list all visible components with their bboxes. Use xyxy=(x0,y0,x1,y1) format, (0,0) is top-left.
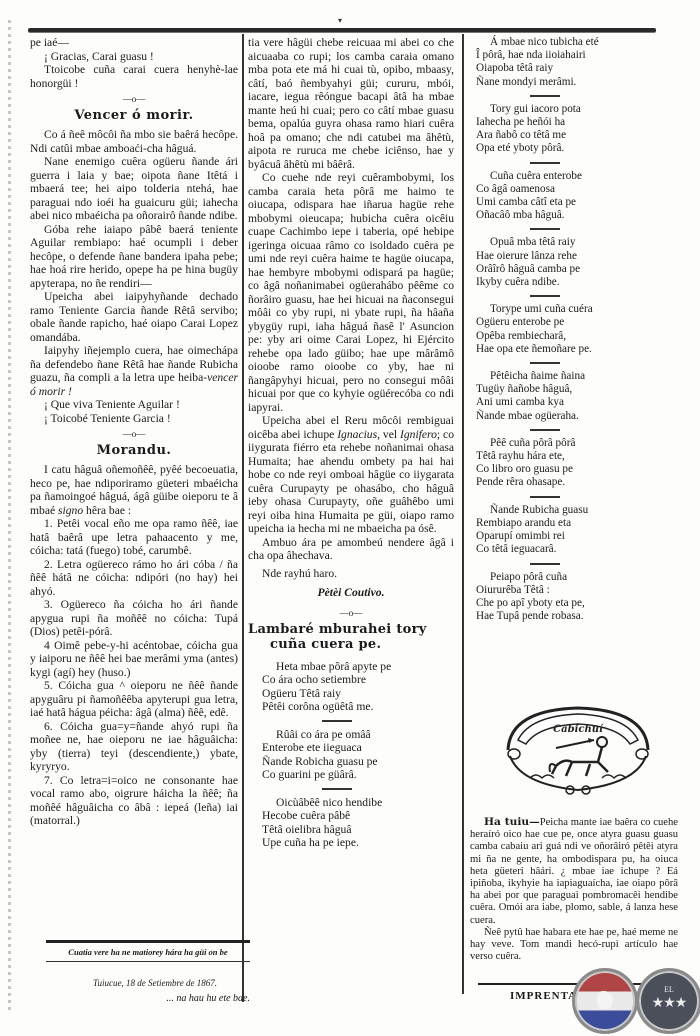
verse-line: Oicùâbêê nico hendibe xyxy=(262,796,454,810)
verse-line: Tory gui iacoro pota xyxy=(476,103,670,116)
poem-stanza: Pêê cuña pôrâ pôrâ Têtâ rayhu hára ete, … xyxy=(476,437,670,490)
separator: —o— xyxy=(248,606,454,620)
verse-line: Á mbae nico tubicha eté xyxy=(476,36,670,49)
paragraph: I catu hâguâ oñemoñêê, pyêé becoeuatia, … xyxy=(30,463,238,517)
binding-edge xyxy=(8,20,11,1010)
paragraph: Co cuehe nde reyi cuêrambobymi, los camb… xyxy=(248,171,454,414)
verse-line: Co libro oro guasu pe xyxy=(476,463,670,476)
paragraph: Co á ñeê môcôi ña mbo sie baêrá hecôpe. … xyxy=(30,128,238,155)
italic-word: Ignifero xyxy=(400,428,437,441)
verse-line: Iahecha pe heñói ha xyxy=(476,116,670,129)
signature: Pètèi Coutivo. xyxy=(248,586,454,600)
seal-label: EL xyxy=(639,985,699,994)
opening-line: pe iaé— xyxy=(30,36,238,50)
verse-line: Enterobe ete iieguaca xyxy=(262,741,454,755)
verse-line: Cuña cuêra enterobe xyxy=(476,170,670,183)
stanza-separator xyxy=(530,228,560,230)
flag-seal-icon xyxy=(572,968,638,1034)
poem-stanza: Á mbae nico tubicha eté Î pôrâ, hae nda … xyxy=(476,36,670,89)
verse-line: Ñande Rubicha guasu xyxy=(476,504,670,517)
italic-word: signo xyxy=(58,504,83,517)
verse-line: Ani umi camba kya xyxy=(476,396,670,409)
map-icon xyxy=(597,991,613,1009)
verse-line: Têtâ oielibra hâguâ xyxy=(262,823,454,837)
poem-title-line: Lambaré mburahei tory xyxy=(248,622,454,637)
verse-line: Ñande Robicha guasu pe xyxy=(262,755,454,769)
section-title-morandu: Morandu. xyxy=(30,443,238,459)
column-1: pe iaé— ¡ Gracias, Carai guasu ! Ttoicob… xyxy=(30,36,238,828)
opening-line: ¡ Gracias, Carai guasu ! xyxy=(30,50,238,64)
verse-line: Torype umi cuña cuéra xyxy=(476,303,670,316)
poem-stanza: Pêtêicha ñaime ñaina Tugüy ñañobe hâguâ,… xyxy=(476,370,670,423)
verse-line: Heta mbae pôrâ apyte pe xyxy=(262,660,454,674)
paragraph-text: ; co iiygurata fiérro eta rehebe noñanim… xyxy=(248,428,454,536)
cheer-line: ¡ Toicobé Teniente Garcia ! xyxy=(30,412,238,426)
star-icon: ★★★ xyxy=(652,996,687,1011)
paragraph: Iaipyhy iñejemplo cuera, hae oimechápa ñ… xyxy=(30,344,238,398)
verse-line: Opêba rembiecharâ, xyxy=(476,330,670,343)
paragraph: Ha tuiu—Peicha mante iae baêra co cuehe … xyxy=(470,816,678,927)
verse-line: Oñacâô mba hâguâ. xyxy=(476,209,670,222)
rule-item: 4 Oimê pebe-y-hi acéntobae, cóicha gua y… xyxy=(30,639,238,680)
paragraph-text: vel xyxy=(383,428,397,441)
verse-line: Pende rêra ohasape. xyxy=(476,476,670,489)
verse-line: Pêtêi corôna ogüêtâ me. xyxy=(262,700,454,714)
verse-line: Ogüeru enterobe pe xyxy=(476,316,670,329)
stanza-separator xyxy=(530,95,560,97)
verse-line: Co têtâ ieguacarâ. xyxy=(476,543,670,556)
verse-line: Oiapoba têtâ raiy xyxy=(476,62,670,75)
verse-line: Pêê cuña pôrâ pôrâ xyxy=(476,437,670,450)
poem-title: Lambaré mburahei tory cuña cuera pe. xyxy=(248,622,454,652)
poem-stanza: Cuña cuêra enterobe Co âgâ oamenosa Umi … xyxy=(476,170,670,223)
verse-line: Umi camba câtî eta pe xyxy=(476,196,670,209)
rule-item: 6. Cóicha gua=y=ñande ahyó rupi ña moñee… xyxy=(30,720,238,774)
poem-stanza: Torype umi cuña cuéra Ogüeru enterobe pe… xyxy=(476,303,670,356)
rule-item: 7. Co letra=i=oico ne consonante hae voc… xyxy=(30,774,238,828)
paragraph-text: hêra bae : xyxy=(86,504,131,517)
lead-word: Ha tuiu— xyxy=(484,816,540,828)
verse-line: Rembiapo arandu eta xyxy=(476,517,670,530)
verse-line: Têtâ rayhu hára ete, xyxy=(476,450,670,463)
paragraph: Ñeê pytû hae habara ete hae pe, haé meme… xyxy=(470,927,678,964)
verse-line: Ikyby cuêra ndibe. xyxy=(476,276,670,289)
cheer-line: ¡ Que viva Teniente Aguilar ! xyxy=(30,398,238,412)
stanza-separator xyxy=(530,563,560,565)
stanza-separator xyxy=(530,162,560,164)
verse-line: Pêtêicha ñaime ñaina xyxy=(476,370,670,383)
footer-cut-line: ... na hau hu ete bae. xyxy=(60,993,250,1004)
footer-notice: Cuatia vere ha ne matiorey hára ha güi o… xyxy=(46,940,250,962)
ha-tuiu-block: Ha tuiu—Peicha mante iae baêra co cuehe … xyxy=(470,816,678,963)
newspaper-page: ▾ pe iaé— ¡ Gracias, Carai guasu ! Ttoic… xyxy=(0,0,700,1036)
poem-title-line: cuña cuera pe. xyxy=(248,637,454,652)
verse-line: Ñane mondyi merâmi. xyxy=(476,76,670,89)
verse-line: Hae opa ete ñemoñare pe. xyxy=(476,343,670,356)
stanza-separator xyxy=(322,720,352,722)
verse-line: Co âgâ oamenosa xyxy=(476,183,670,196)
italic-word: Ignacius, xyxy=(337,428,380,441)
verse-line: Hecobe cuêra pâbê xyxy=(262,809,454,823)
verse-line: Orâîrô hâguâ camba pe xyxy=(476,263,670,276)
column-divider-2 xyxy=(462,34,464,994)
paragraph: Upeicha abei el Reru môcôi rembiguai oic… xyxy=(248,414,454,536)
emblem-banner: Cabichuí xyxy=(553,724,604,735)
paragraph: Ambuo ára pe amombeú nendere âgâ i cha o… xyxy=(248,536,454,563)
verse-line: Co guarini pe güârâ. xyxy=(262,768,454,782)
verse-line: Ñande mbae ogüeraha. xyxy=(476,410,670,423)
rule-item: 2. Letra ogüereco rámo ho ári cóba / ña … xyxy=(30,558,238,599)
verse-line: Oparupí omimbi rei xyxy=(476,530,670,543)
column-divider-1 xyxy=(242,34,244,1002)
top-rule xyxy=(28,28,656,32)
paragraph: Nane enemigo cuêra ogüeru ñande ári guer… xyxy=(30,155,238,223)
poem-stanza: Peiapo pôrâ cuña Oiururêba Têtâ : Che po… xyxy=(476,571,670,624)
verse-line: Oiururêba Têtâ : xyxy=(476,584,670,597)
verse-line: Tugüy ñañobe hâguâ, xyxy=(476,383,670,396)
centaur-emblem-icon: Cabichuí xyxy=(490,700,666,796)
verse-line: Rûâi co ára pe omââ xyxy=(262,728,454,742)
verse-line: Co ára ocho setiembre xyxy=(262,673,454,687)
top-marker: ▾ xyxy=(338,16,342,25)
paragraph: Nde rayhú haro. xyxy=(248,567,454,581)
column-2: tia vere hâgüi chebe reicuaa mi abei co … xyxy=(248,36,454,850)
separator: —o— xyxy=(30,92,238,106)
paragraph-text: Peicha mante iae baêra co cuehe heraíró … xyxy=(470,817,678,926)
verse-line: Î pôrâ, hae nda iioiahairi xyxy=(476,49,670,62)
column-3: Á mbae nico tubicha eté Î pôrâ, hae nda … xyxy=(470,36,670,623)
opening-line: Ttoicobe cuña carai cuera henyhè-lae hon… xyxy=(30,63,238,90)
section-title-vencer: Vencer ó morir. xyxy=(30,108,238,124)
stars-seal-icon: EL ★★★ xyxy=(636,968,700,1034)
rule-item: 1. Petêi vocal eño me opa ramo ñêê, iae … xyxy=(30,517,238,558)
stanza-separator xyxy=(530,429,560,431)
stanza-separator xyxy=(322,788,352,790)
verse-line: Upe cuña ha pe iepe. xyxy=(262,836,454,850)
poem-stanza: Rûâi co ára pe omââ Enterobe ete iieguac… xyxy=(262,728,454,782)
poem-stanza: Heta mbae pôrâ apyte pe Co ára ocho seti… xyxy=(262,660,454,714)
rule-item: 5. Cóicha gua ^ oieporu ne ñêê ñande apy… xyxy=(30,679,238,720)
verse-line: Ara ñabô co têtâ me xyxy=(476,129,670,142)
verse-line: Hae oierure lânza rehe xyxy=(476,250,670,263)
paragraph: Upeicha abei iaipyhyñande dechado ramo T… xyxy=(30,290,238,344)
paragraph: Góba rehe iaiapo pâbê baerá teniente Agu… xyxy=(30,223,238,291)
verse-line: Ogüeru Têtâ raiy xyxy=(262,687,454,701)
stanza-separator xyxy=(530,362,560,364)
verse-line: Hae Tupâ pende robasa. xyxy=(476,610,670,623)
poem-stanza: Opuâ mba têtâ raiy Hae oierure lânza reh… xyxy=(476,236,670,289)
separator: —o— xyxy=(30,427,238,441)
stanza-separator xyxy=(530,295,560,297)
verse-line: Peiapo pôrâ cuña xyxy=(476,571,670,584)
paragraph: tia vere hâgüi chebe reicuaa mi abei co … xyxy=(248,36,454,171)
poem-stanza: Ñande Rubicha guasu Rembiapo arandu eta … xyxy=(476,504,670,557)
poem-stanza: Oicùâbêê nico hendibe Hecobe cuêra pâbê … xyxy=(262,796,454,850)
rule-item: 3. Ogüereco ña cóicha ho ári ñande apygu… xyxy=(30,598,238,639)
footer-date: Tuiucue, 18 de Setiembre de 1867. xyxy=(60,978,250,988)
stanza-separator xyxy=(530,496,560,498)
verse-line: Che po apî yboty eta pe, xyxy=(476,597,670,610)
poem-stanza: Tory gui iacoro pota Iahecha pe heñói ha… xyxy=(476,103,670,156)
verse-line: Opa eté yboty pôrâ. xyxy=(476,142,670,155)
verse-line: Opuâ mba têtâ raiy xyxy=(476,236,670,249)
